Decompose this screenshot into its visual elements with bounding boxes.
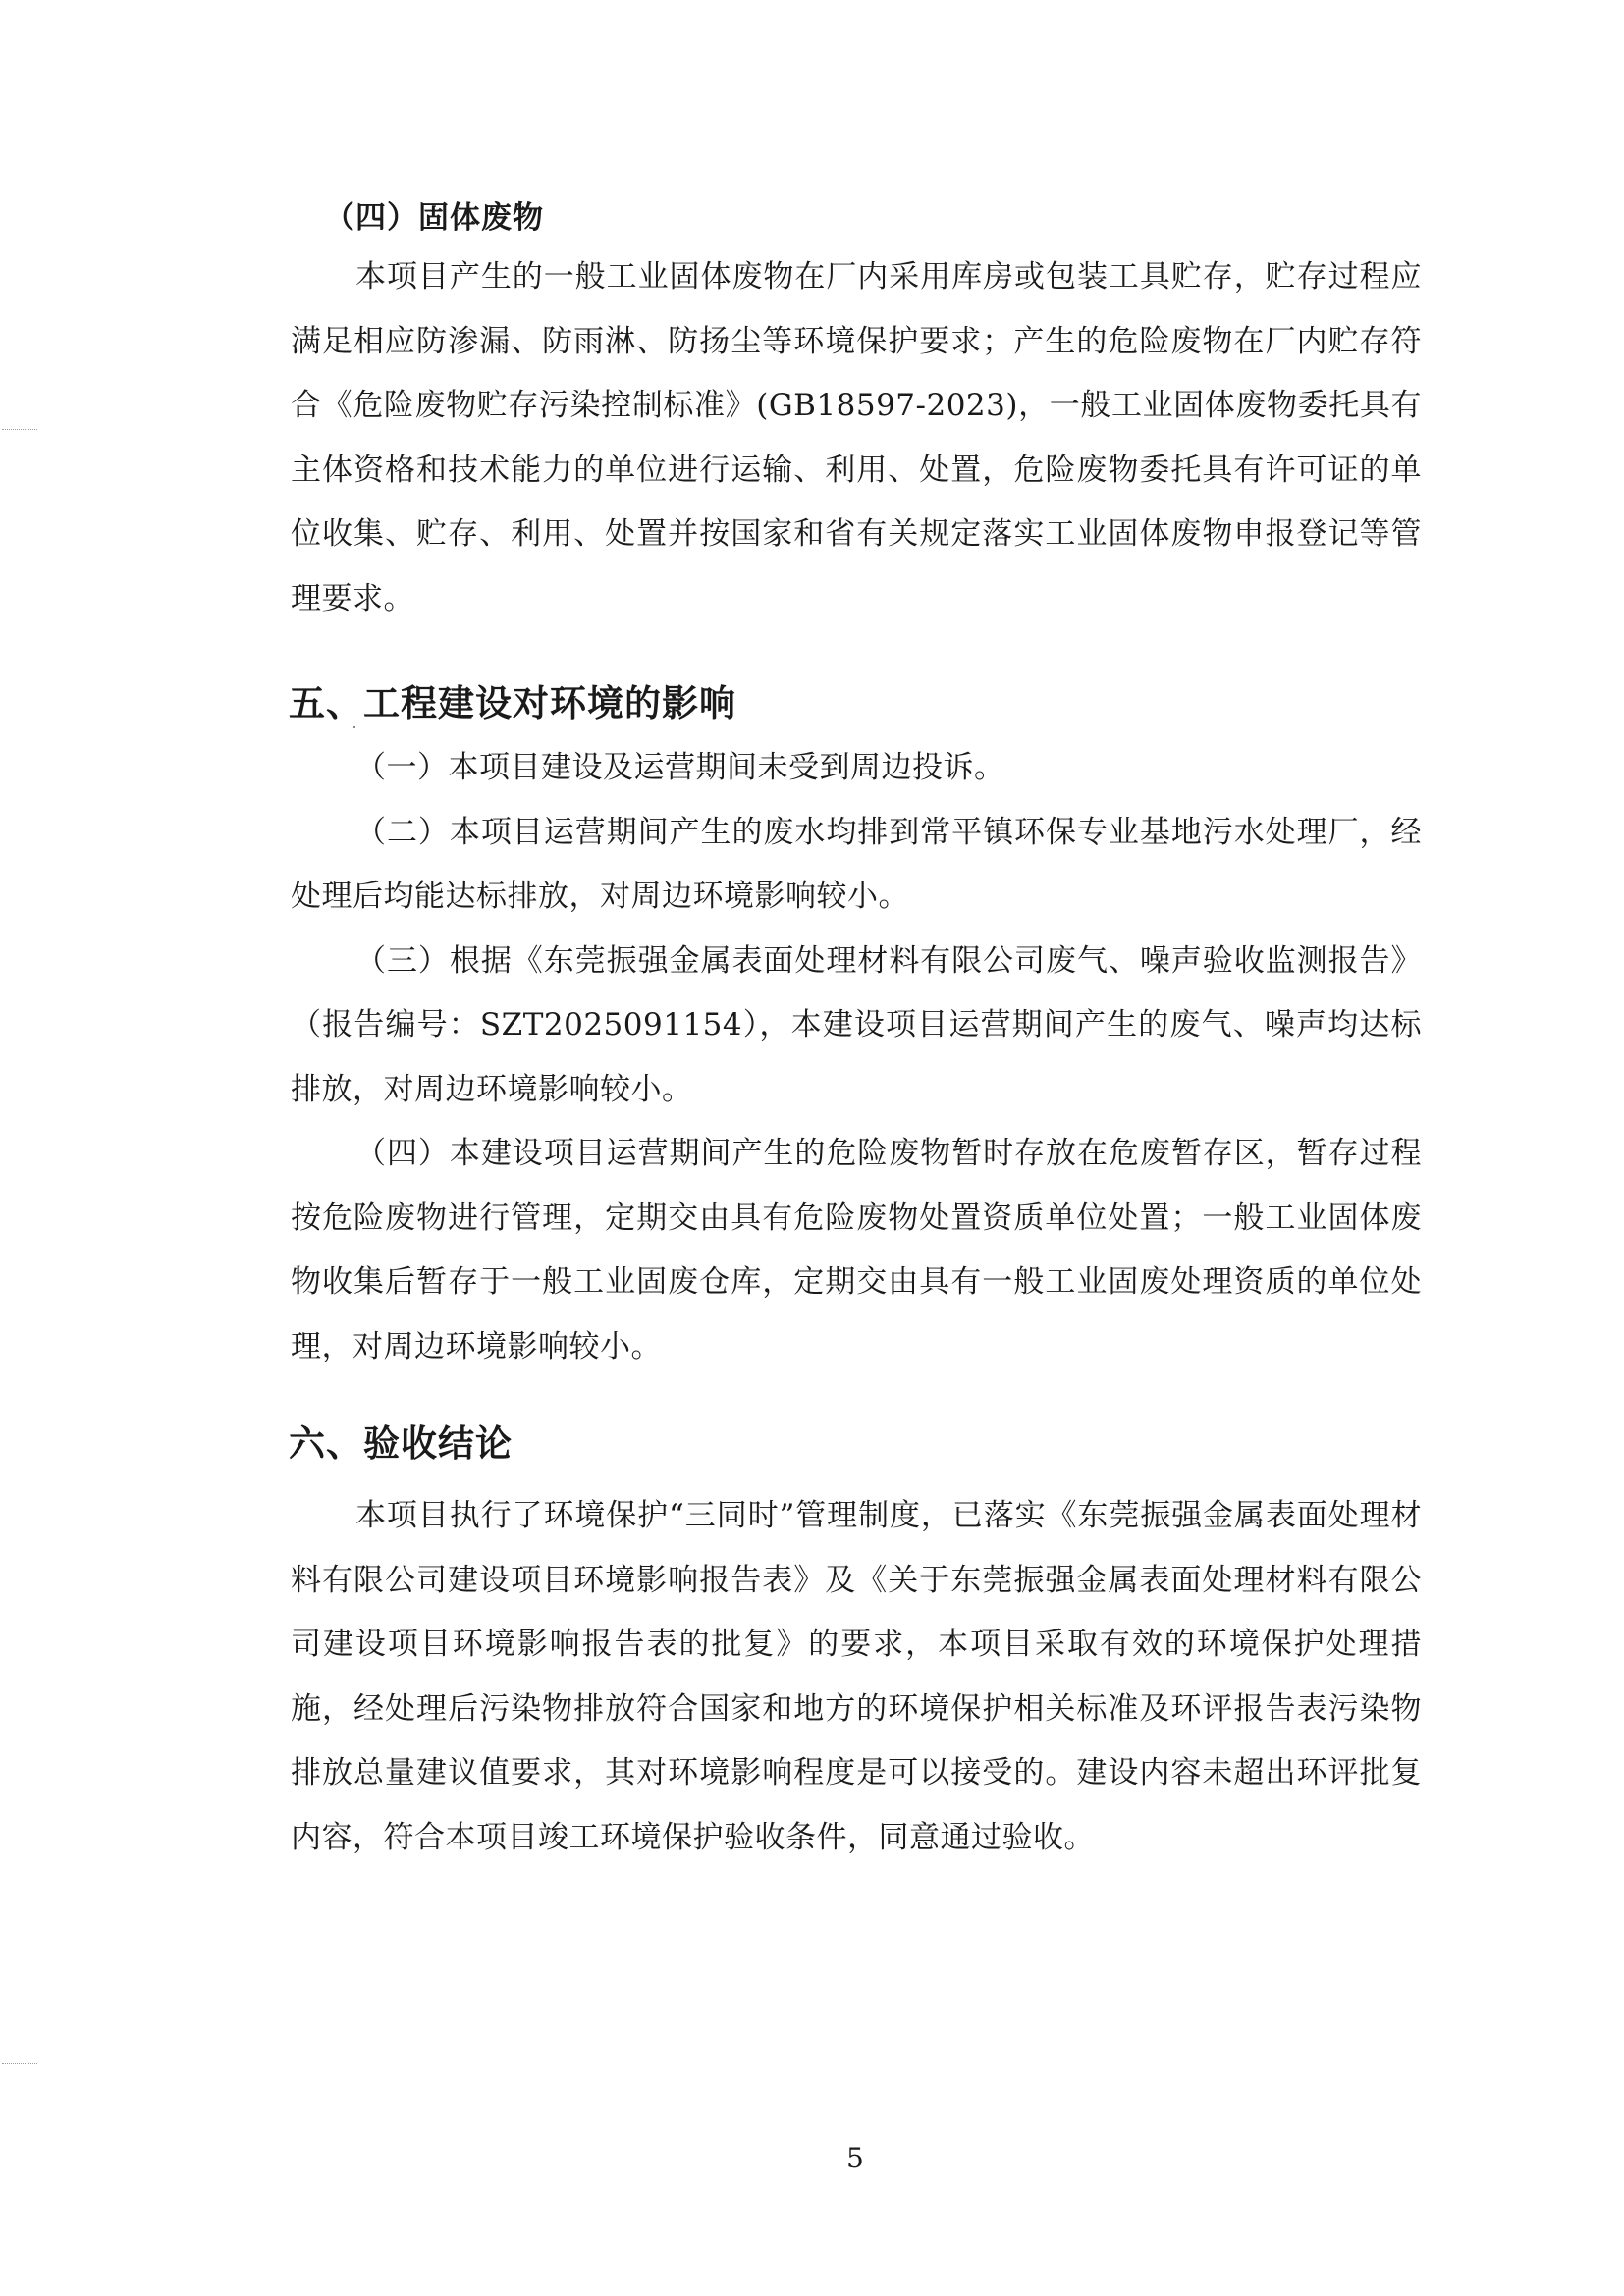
scan-artifact — [2, 429, 37, 432]
scan-artifact — [353, 726, 355, 728]
solid-waste-paragraph: 本项目产生的一般工业固体废物在厂内采用库房或包装工具贮存，贮存过程应满足相应防渗… — [291, 245, 1422, 631]
section-heading-solid-waste: （四）固体废物 — [324, 192, 544, 237]
section-heading-impact: 五、工程建设对环境的影响 — [289, 673, 736, 726]
conclusion-body: 本项目执行了环境保护“三同时”管理制度，已落实《东莞振强金属表面处理材料有限公司… — [291, 1484, 1422, 1870]
impact-item-4: （四）本建设项目运营期间产生的危险废物暂时存放在危废暂存区，暂存过程按危险废物进… — [291, 1122, 1422, 1379]
impact-body: （一）本项目建设及运营期间未受到周边投诉。 （二）本项目运营期间产生的废水均排到… — [291, 736, 1422, 1379]
solid-waste-body: 本项目产生的一般工业固体废物在厂内采用库房或包装工具贮存，贮存过程应满足相应防渗… — [291, 245, 1422, 631]
scan-artifact — [2, 2063, 37, 2066]
page-number: 5 — [846, 2142, 864, 2174]
document-page: （四）固体废物 本项目产生的一般工业固体废物在厂内采用库房或包装工具贮存，贮存过… — [0, 0, 1624, 2296]
impact-item-3: （三）根据《东莞振强金属表面处理材料有限公司废气、噪声验收监测报告》（报告编号：… — [291, 930, 1422, 1123]
impact-item-1: （一）本项目建设及运营期间未受到周边投诉。 — [291, 736, 1422, 801]
conclusion-paragraph: 本项目执行了环境保护“三同时”管理制度，已落实《东莞振强金属表面处理材料有限公司… — [291, 1484, 1422, 1870]
section-heading-conclusion: 六、验收结论 — [289, 1414, 513, 1467]
impact-item-2: （二）本项目运营期间产生的废水均排到常平镇环保专业基地污水处理厂，经处理后均能达… — [291, 801, 1422, 930]
